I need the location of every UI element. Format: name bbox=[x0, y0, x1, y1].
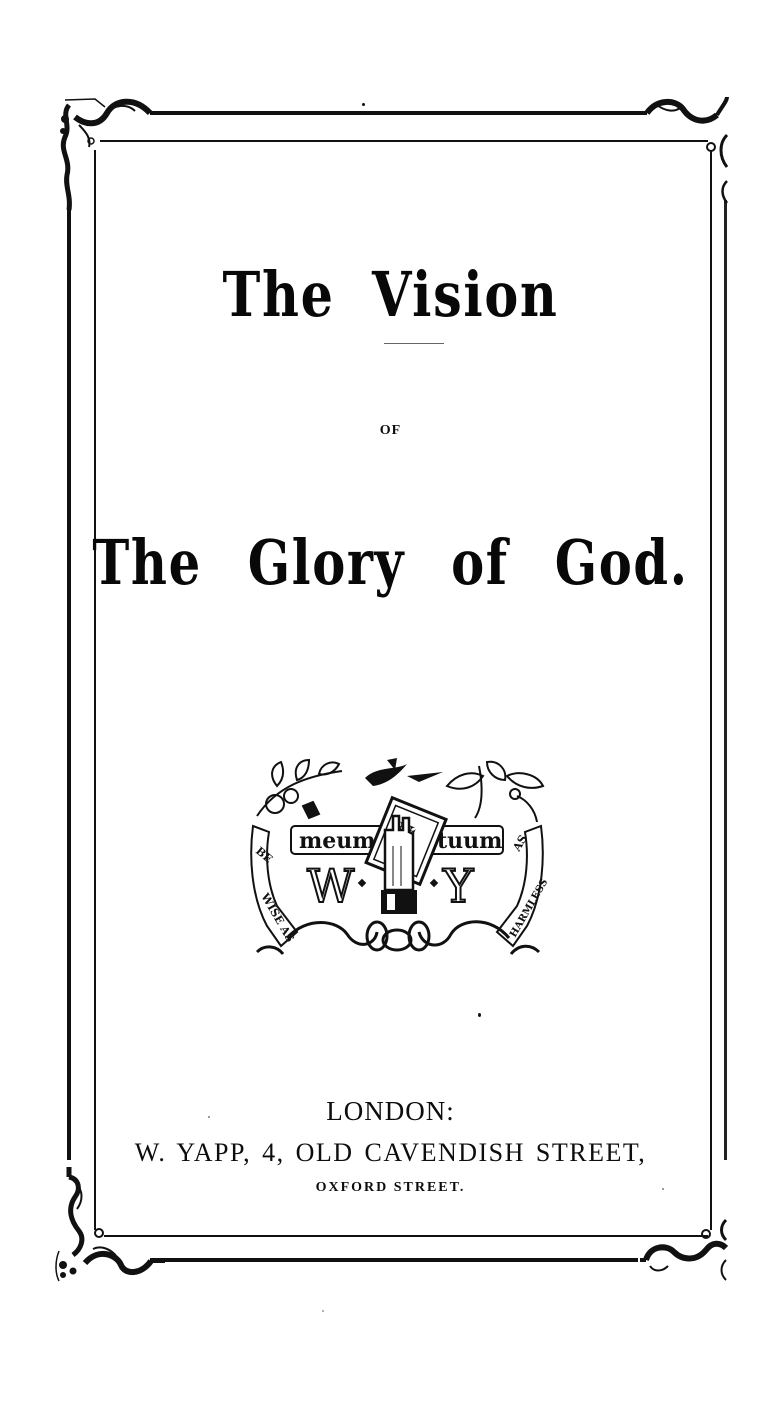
scan-speck bbox=[322, 1310, 324, 1312]
frame-outer-left-rule bbox=[67, 200, 71, 1160]
imprint-city: LONDON: bbox=[0, 1096, 781, 1127]
title-line-1: The Vision bbox=[70, 258, 710, 331]
hand-holding-book-icon: BE WISE AS AS HARMLESS meum tuum ✠✠ ✠ bbox=[247, 756, 547, 962]
scan-speck bbox=[662, 1188, 664, 1190]
frame-outer-right-rule bbox=[724, 200, 727, 1160]
scan-speck bbox=[208, 1116, 210, 1118]
title-page: The Vision OF The Glory of God. bbox=[0, 0, 781, 1424]
corner-ornament-top-left-icon bbox=[55, 95, 165, 215]
frame-outer-bottom-rule bbox=[150, 1258, 638, 1262]
publisher-emblem: BE WISE AS AS HARMLESS meum tuum ✠✠ ✠ bbox=[247, 756, 547, 962]
frame-inner-top-rule bbox=[100, 140, 708, 142]
scan-artifact-underline bbox=[384, 343, 444, 344]
scan-speck bbox=[362, 103, 365, 106]
initial-left: W bbox=[307, 859, 355, 913]
frame-inner-bottom-rule bbox=[104, 1235, 708, 1237]
imprint-publisher: W. YAPP, 4, OLD CAVENDISH STREET, bbox=[0, 1138, 781, 1168]
initial-right: Y bbox=[442, 859, 474, 913]
title-connector: OF bbox=[0, 423, 781, 439]
scan-speck bbox=[478, 1013, 481, 1017]
motto-right: tuum bbox=[437, 828, 502, 854]
corner-ornament-bottom-right-icon bbox=[640, 1220, 730, 1290]
motto-left: meum bbox=[299, 828, 376, 854]
title-line-2: The Glory of God. bbox=[78, 526, 703, 599]
frame-outer-top-rule bbox=[150, 111, 638, 115]
corner-ornament-top-right-icon bbox=[635, 95, 730, 205]
